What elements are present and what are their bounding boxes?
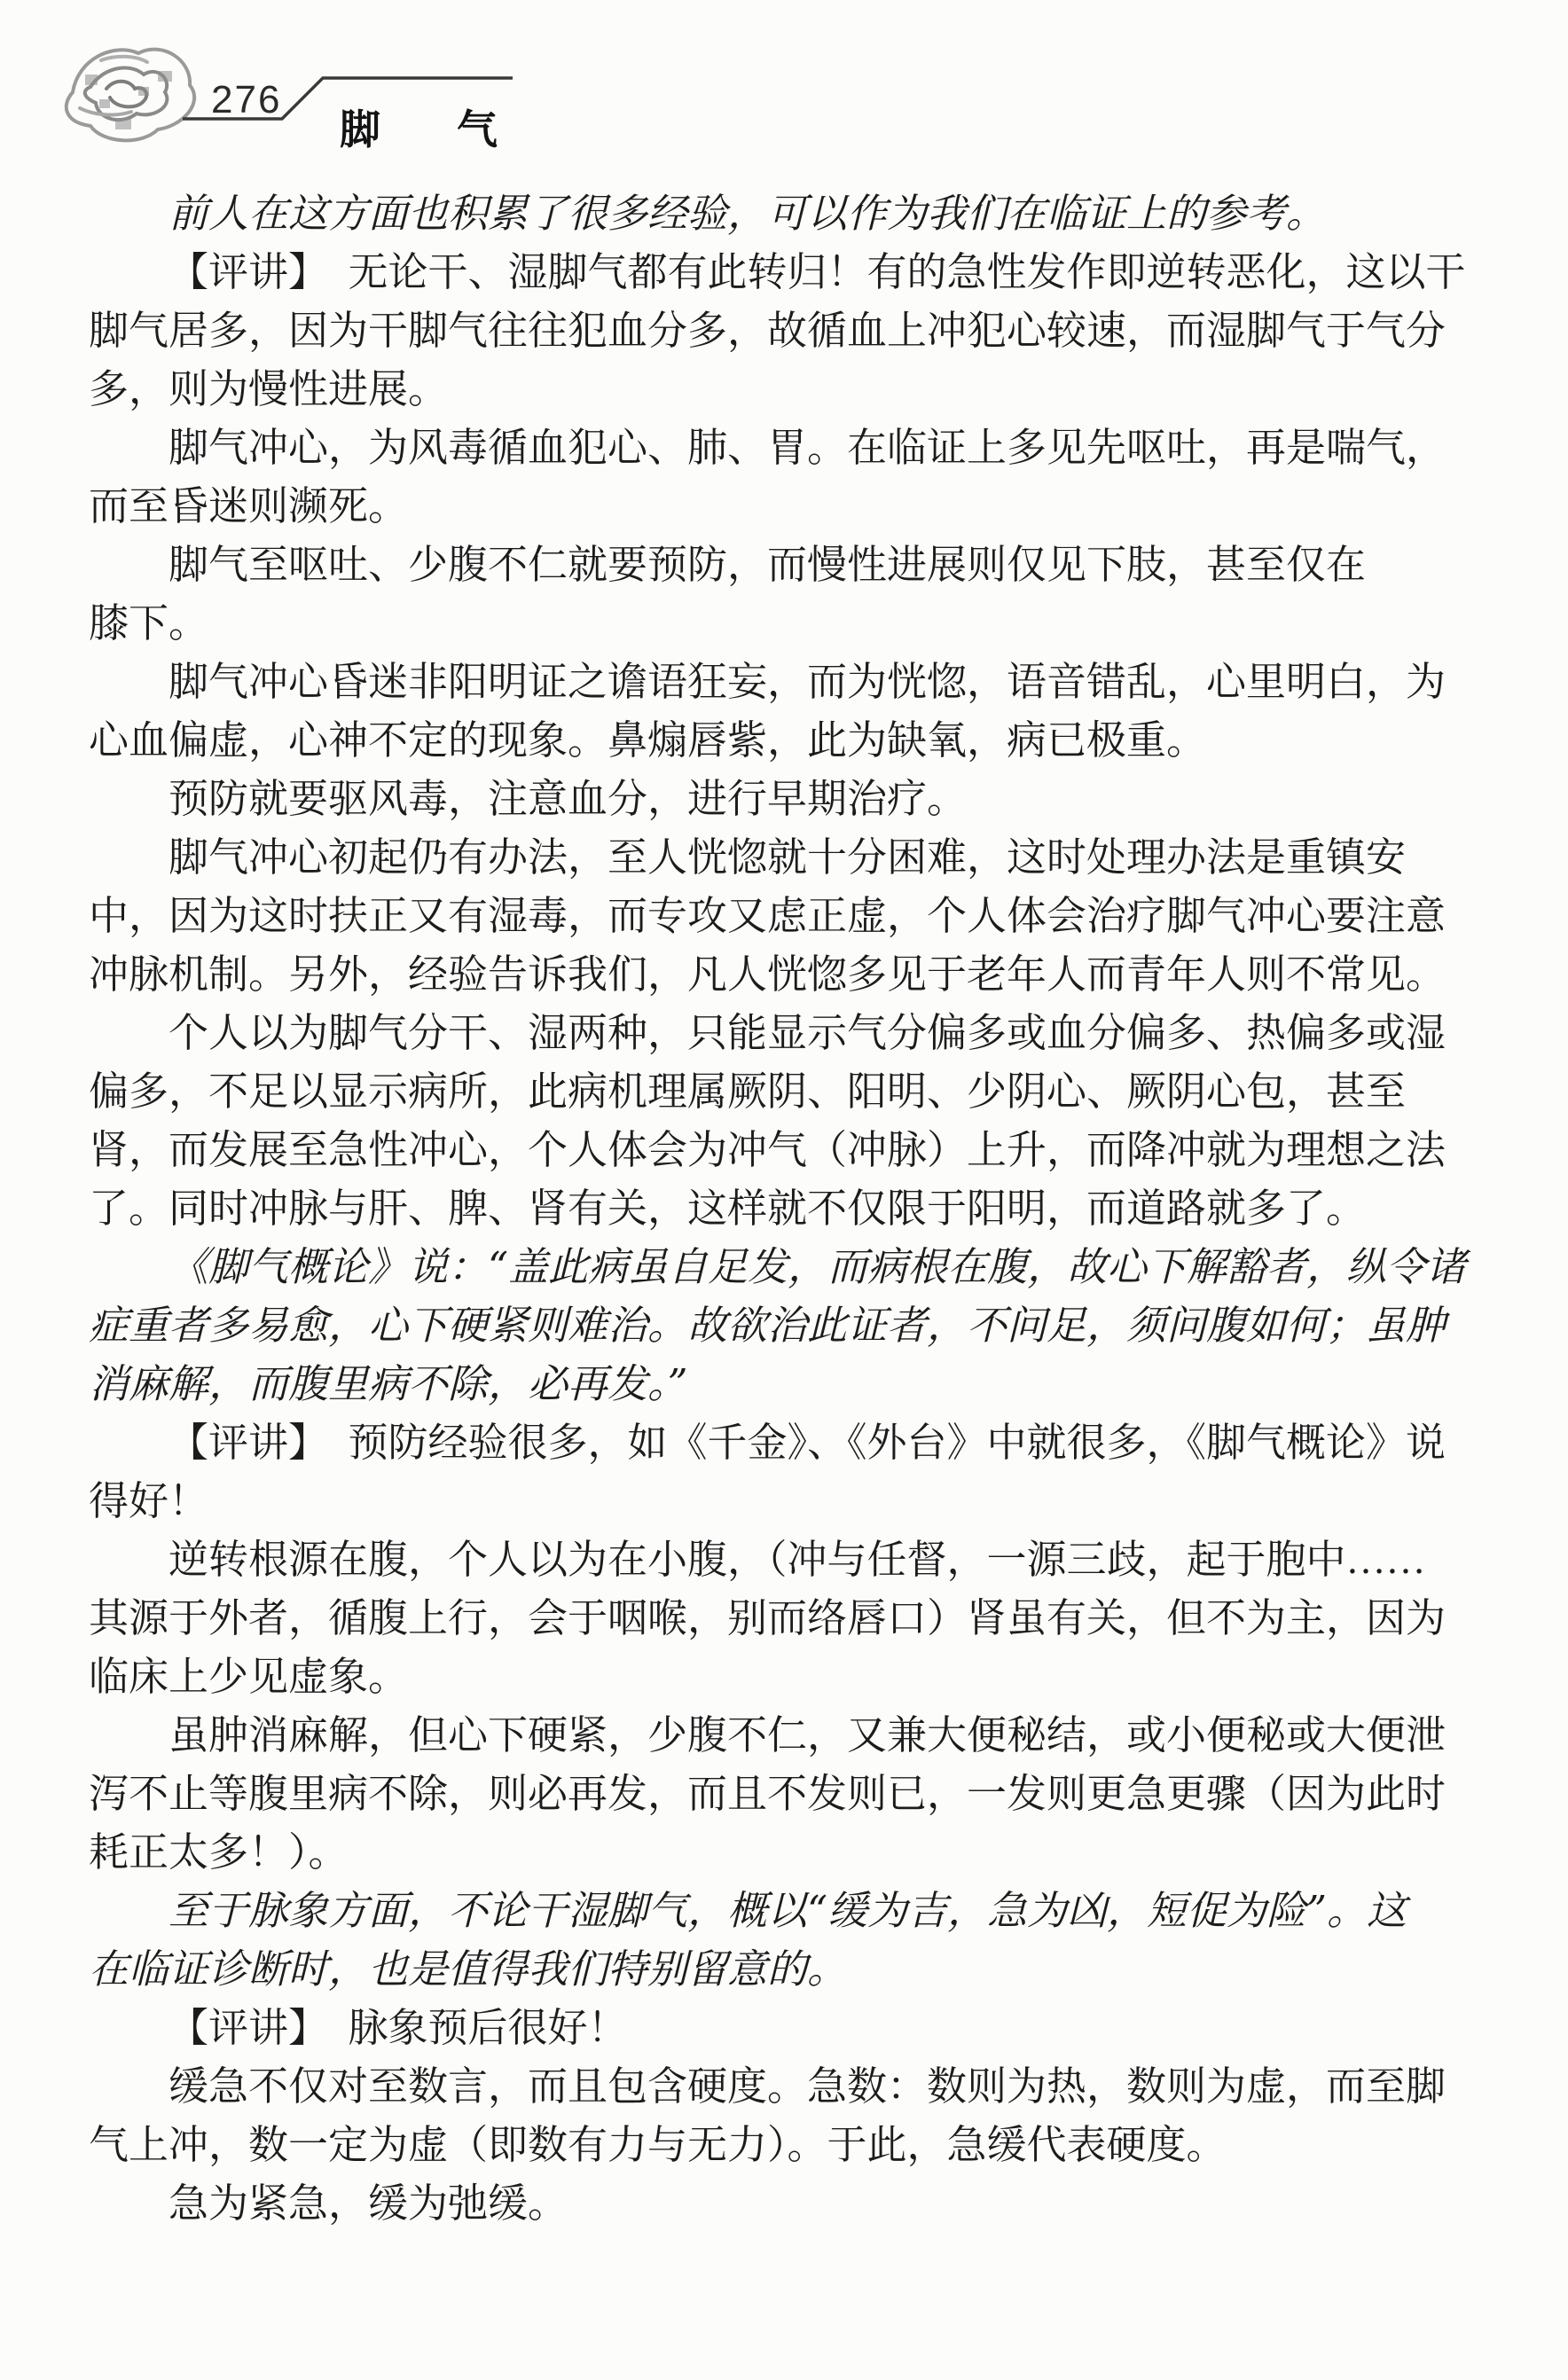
text-line: 脚气冲心初起仍有办法，至人恍惚就十分困难，这时处理办法是重镇安 bbox=[89, 828, 1483, 887]
paragraph: 脚气冲心昏迷非阳明证之谵语狂妄，而为恍惚，语音错乱，心里明白，为心血偏虚，心神不… bbox=[89, 653, 1483, 770]
text-line: 消麻解，而腹里病不除，必再发。” bbox=[89, 1355, 1483, 1413]
text-line: 虽肿消麻解，但心下硬紧，少腹不仁，又兼大便秘结，或小便秘或大便泄 bbox=[89, 1706, 1483, 1765]
text-line: 脚气冲心，为风毒循血犯心、肺、胃。在临证上多见先呕吐，再是喘气， bbox=[89, 419, 1483, 477]
text-line: 心血偏虚，心神不定的现象。鼻煽唇紫，此为缺氧，病已极重。 bbox=[89, 711, 1483, 770]
text-line: 偏多，不足以显示病所，此病机理属厥阴、阳明、少阴心、厥阴心包，甚至 bbox=[89, 1062, 1483, 1121]
paragraph: 【评讲】 脉象预后很好！ bbox=[89, 1999, 1483, 2057]
text-line: 脚气至呕吐、少腹不仁就要预防，而慢性进展则仅见下肢，甚至仅在 bbox=[89, 536, 1483, 594]
paragraph: 脚气冲心，为风毒循血犯心、肺、胃。在临证上多见先呕吐，再是喘气，而至昏迷则濒死。 bbox=[89, 419, 1483, 536]
paragraph: 前人在这方面也积累了很多经验，可以作为我们在临证上的参考。 bbox=[89, 184, 1483, 243]
text-line: 膝下。 bbox=[89, 594, 1483, 653]
text-line: 脚气居多，因为干脚气往往犯血分多，故循血上冲犯心较速，而湿脚气于气分 bbox=[89, 301, 1483, 360]
text-line: 缓急不仅对至数言，而且包含硬度。急数：数则为热，数则为虚，而至脚 bbox=[89, 2057, 1483, 2116]
paragraph: 脚气至呕吐、少腹不仁就要预防，而慢性进展则仅见下肢，甚至仅在膝下。 bbox=[89, 536, 1483, 653]
text-line: 预防就要驱风毒，注意血分，进行早期治疗。 bbox=[89, 770, 1483, 828]
text-line: 症重者多易愈，心下硬紧则难治。故欲治此证者，不问足，须问腹如何；虽肿 bbox=[89, 1296, 1483, 1355]
paragraph: 逆转根源在腹，个人以为在小腹，（冲与任督，一源三歧，起于胞中……其源于外者，循腹… bbox=[89, 1531, 1483, 1706]
text-line: 【评讲】 预防经验很多，如《千金》、《外台》中就很多，《脚气概论》说 bbox=[89, 1413, 1483, 1472]
text-line: 临床上少见虚象。 bbox=[89, 1648, 1483, 1706]
text-line: 【评讲】 脉象预后很好！ bbox=[89, 1999, 1483, 2057]
paragraph: 脚气冲心初起仍有办法，至人恍惚就十分困难，这时处理办法是重镇安中，因为这时扶正又… bbox=[89, 828, 1483, 1004]
text-line: 冲脉机制。另外，经验告诉我们，凡人恍惚多见于老年人而青年人则不常见。 bbox=[89, 945, 1483, 1004]
paragraph: 【评讲】 预防经验很多，如《千金》、《外台》中就很多，《脚气概论》说得好！ bbox=[89, 1413, 1483, 1531]
paragraph: 至于脉象方面，不论干湿脚气，概以“缓为吉，急为凶，短促为险”。这在临证诊断时，也… bbox=[89, 1882, 1483, 1999]
paragraph: 《脚气概论》说：“盖此病虽自足发，而病根在腹，故心下解豁者，纵令诸症重者多易愈，… bbox=[89, 1238, 1483, 1413]
text-line: 了。同时冲脉与肝、脾、肾有关，这样就不仅限于阳明，而道路就多了。 bbox=[89, 1179, 1483, 1238]
text-line: 其源于外者，循腹上行，会于咽喉，别而络唇口）肾虽有关，但不为主，因为 bbox=[89, 1589, 1483, 1648]
text-line: 多，则为慢性进展。 bbox=[89, 360, 1483, 419]
text-line: 得好！ bbox=[89, 1472, 1483, 1531]
text-line: 脚气冲心昏迷非阳明证之谵语狂妄，而为恍惚，语音错乱，心里明白，为 bbox=[89, 653, 1483, 711]
text-line: 【评讲】 无论干、湿脚气都有此转归！有的急性发作即逆转恶化，这以干 bbox=[89, 243, 1483, 301]
text-line: 前人在这方面也积累了很多经验，可以作为我们在临证上的参考。 bbox=[89, 184, 1483, 243]
paragraph: 个人以为脚气分干、湿两种，只能显示气分偏多或血分偏多、热偏多或湿偏多，不足以显示… bbox=[89, 1004, 1483, 1238]
book-page-scan: 276 脚 气 前人在这方面也积累了很多经验，可以作为我们在临证上的参考。【评讲… bbox=[0, 0, 1568, 2380]
chapter-title: 脚 气 bbox=[340, 98, 515, 156]
text-line: 《脚气概论》说：“盖此病虽自足发，而病根在腹，故心下解豁者，纵令诸 bbox=[89, 1238, 1483, 1296]
text-line: 在临证诊断时，也是值得我们特别留意的。 bbox=[89, 1940, 1483, 1999]
text-line: 逆转根源在腹，个人以为在小腹，（冲与任督，一源三歧，起于胞中…… bbox=[89, 1531, 1483, 1589]
text-line: 耗正太多！）。 bbox=[89, 1823, 1483, 1882]
text-line: 泻不止等腹里病不除，则必再发，而且不发则已，一发则更急更骤（因为此时 bbox=[89, 1765, 1483, 1823]
paragraph: 急为紧急，缓为弛缓。 bbox=[89, 2174, 1483, 2233]
header-rule bbox=[0, 0, 639, 160]
paragraph: 虽肿消麻解，但心下硬紧，少腹不仁，又兼大便秘结，或小便秘或大便泄泻不止等腹里病不… bbox=[89, 1706, 1483, 1882]
text-line: 而至昏迷则濒死。 bbox=[89, 477, 1483, 536]
text-line: 个人以为脚气分干、湿两种，只能显示气分偏多或血分偏多、热偏多或湿 bbox=[89, 1004, 1483, 1062]
text-line: 肾，而发展至急性冲心，个人体会为冲气（冲脉）上升，而降冲就为理想之法 bbox=[89, 1121, 1483, 1179]
text-line: 中，因为这时扶正又有湿毒，而专攻又虑正虚，个人体会治疗脚气冲心要注意 bbox=[89, 887, 1483, 945]
text-line: 急为紧急，缓为弛缓。 bbox=[89, 2174, 1483, 2233]
body-text: 前人在这方面也积累了很多经验，可以作为我们在临证上的参考。【评讲】 无论干、湿脚… bbox=[89, 184, 1483, 2233]
text-line: 气上冲，数一定为虚（即数有力与无力）。于此，急缓代表硬度。 bbox=[89, 2116, 1483, 2174]
page-header: 276 脚 气 bbox=[0, 0, 1568, 160]
paragraph: 【评讲】 无论干、湿脚气都有此转归！有的急性发作即逆转恶化，这以干脚气居多，因为… bbox=[89, 243, 1483, 419]
paragraph: 缓急不仅对至数言，而且包含硬度。急数：数则为热，数则为虚，而至脚气上冲，数一定为… bbox=[89, 2057, 1483, 2174]
text-line: 至于脉象方面，不论干湿脚气，概以“缓为吉，急为凶，短促为险”。这 bbox=[89, 1882, 1483, 1940]
paragraph: 预防就要驱风毒，注意血分，进行早期治疗。 bbox=[89, 770, 1483, 828]
